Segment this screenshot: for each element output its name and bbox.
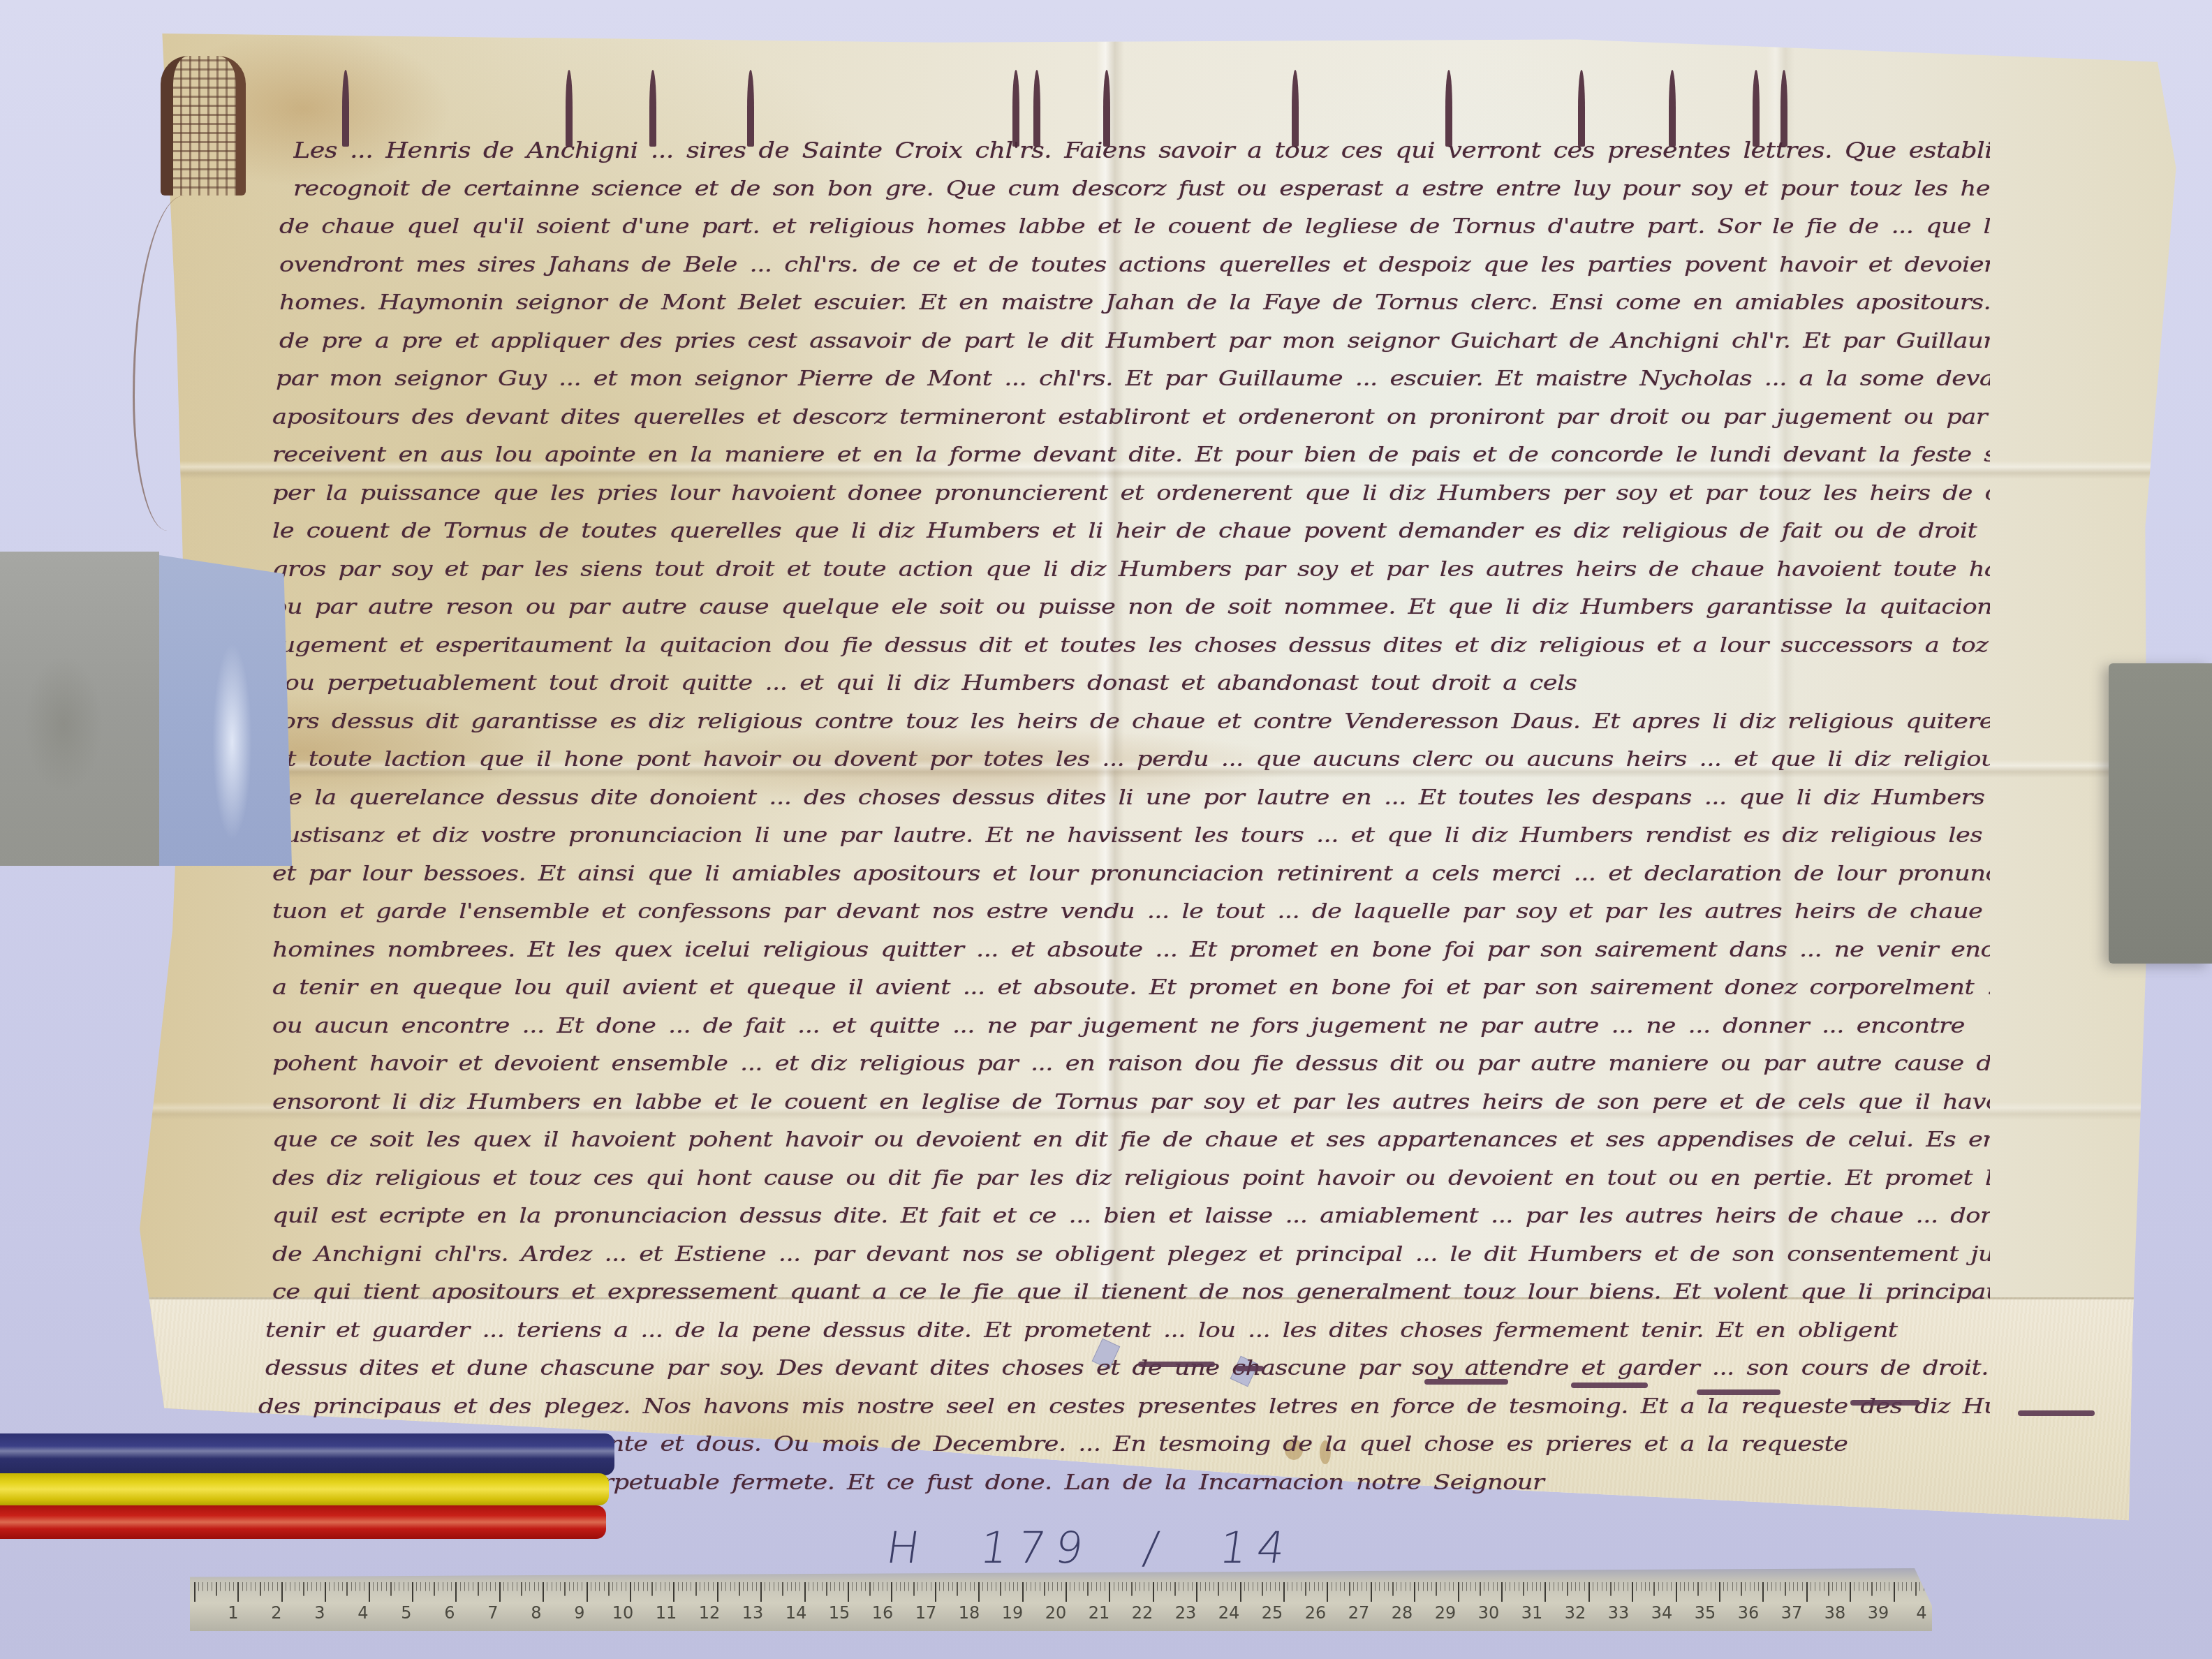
text-line: gros par soy et par les siens tout droit…: [272, 557, 1990, 596]
text-line: a tenir en queque lou quil avient et que…: [272, 975, 1990, 1014]
text-line: par mon seignor Guy ... et mon seignor P…: [276, 367, 1990, 405]
text-line: de pre a pre et appliquer des pries cest…: [279, 329, 1990, 367]
red-pencil: [0, 1505, 606, 1539]
weight-side-face: [159, 555, 292, 866]
text-line: de la querelance dessus dite donoient ..…: [272, 786, 1990, 824]
ruler-label: 13: [742, 1603, 764, 1623]
ruler-label: 4: [1916, 1603, 1926, 1623]
text-line: ou aucun encontre ... Et done ... de fai…: [272, 1014, 1990, 1052]
ruler-label: 2: [271, 1603, 281, 1623]
text-line: pohent havoir et devoient ensemble ... e…: [272, 1052, 1990, 1090]
text-line: ensoront li diz Humbers en labbe et le c…: [272, 1090, 1990, 1128]
shelf-mark-label: H 179 / 14: [883, 1522, 1298, 1573]
text-line: quil est ecripte en la pronunciacion des…: [272, 1204, 1990, 1242]
ruler-label: 30: [1478, 1603, 1500, 1623]
ruler-label: 10: [612, 1603, 634, 1623]
ruler-label: 20: [1045, 1603, 1067, 1623]
ruler-label: 38: [1824, 1603, 1846, 1623]
ruler-label: 4: [357, 1603, 368, 1623]
ruler-label: 26: [1305, 1603, 1327, 1623]
ruler-label: 39: [1868, 1603, 1889, 1623]
ruler-label: 12: [699, 1603, 721, 1623]
ruler-label: 3: [314, 1603, 325, 1623]
text-line: sou perpetuablement tout droit quitte ..…: [272, 671, 1990, 709]
ruler-label: 34: [1651, 1603, 1673, 1623]
text-line: recognoit de certainne science et de son…: [293, 177, 1990, 215]
ruler-label: 8: [531, 1603, 541, 1623]
ruler-label: 16: [872, 1603, 894, 1623]
ruler-label: 5: [401, 1603, 411, 1623]
ruler-label: 29: [1435, 1603, 1457, 1623]
text-line: jugement et esperitaument la quitacion d…: [272, 633, 1990, 672]
ruler-label: 11: [656, 1603, 677, 1623]
ruler-label: 28: [1392, 1603, 1413, 1623]
text-line: de chaue quel qu'il soient d'une part. e…: [279, 214, 1990, 253]
ruler-label: 19: [1002, 1603, 1024, 1623]
text-line: sustisanz et diz vostre pronunciacion li…: [272, 823, 1990, 862]
marble-weight-left: [0, 552, 292, 866]
text-line: receivent en aus lou apointe en la manie…: [272, 443, 1990, 481]
decorated-initial: L: [161, 56, 246, 196]
text-line: et par lour bessoes. Et ainsi que li ami…: [272, 862, 1990, 900]
ruler-label: 18: [959, 1603, 980, 1623]
ruler-ticks: [194, 1582, 1928, 1602]
text-line: ou par autre reson ou par autre cause qu…: [272, 595, 1990, 633]
text-line: homines nombrees. Et les quex icelui rel…: [272, 938, 1990, 976]
text-line: per la puissance que les pries lour havo…: [272, 481, 1990, 519]
ruler-labels: 1 2 3 4 5 6 7 8 9 10 11 12 13 14 15 16 1…: [190, 1603, 1932, 1624]
ruler-label: 14: [786, 1603, 807, 1623]
ruler-label: 31: [1521, 1603, 1543, 1623]
ruler-label: 22: [1132, 1603, 1153, 1623]
ruler-label: 9: [574, 1603, 584, 1623]
line-filler-flourishes: [705, 1313, 2144, 1431]
ruler-label: 1: [228, 1603, 238, 1623]
text-line: et toute laction que il hone pont havoir…: [272, 747, 1990, 786]
centimeter-ruler: 1 2 3 4 5 6 7 8 9 10 11 12 13 14 15 16 1…: [190, 1568, 1932, 1631]
text-line: apositours des devant dites querelles et…: [272, 405, 1990, 443]
ruler-label: 35: [1695, 1603, 1716, 1623]
ruler-label: 33: [1608, 1603, 1630, 1623]
ruler-label: 17: [915, 1603, 937, 1623]
weight-front-face: [0, 552, 159, 866]
blue-pencil: [0, 1433, 614, 1475]
text-line: fors dessus dit garantisse es diz religi…: [272, 709, 1990, 748]
text-line: que ce soit les quex il havoient pohent …: [272, 1128, 1990, 1166]
ruler-label: 37: [1781, 1603, 1803, 1623]
marble-weight-right: [2109, 663, 2212, 964]
text-line: le couent de Tornus de toutes querelles …: [272, 519, 1990, 557]
text-line: des diz religious et touz ces qui hont c…: [272, 1166, 1990, 1204]
ruler-label: 27: [1348, 1603, 1370, 1623]
text-line: ovendront mes sires Jahans de Bele ... c…: [279, 253, 1990, 291]
charter-text: L Les ... Henris de Anchigni ... sires d…: [161, 56, 1990, 1508]
ruler-label: 7: [487, 1603, 498, 1623]
ruler-label: 15: [829, 1603, 850, 1623]
ruler-label: 23: [1175, 1603, 1197, 1623]
pen-flourish: [133, 196, 219, 531]
first-line-ascenders: [300, 56, 1990, 140]
ruler-label: 24: [1218, 1603, 1240, 1623]
text-line: Les ... Henris de Anchigni ... sires de …: [293, 138, 1990, 177]
text-line: de Anchigni chl'rs. Ardez ... et Estiene…: [272, 1242, 1990, 1281]
ruler-label: 25: [1262, 1603, 1283, 1623]
ruler-label: 6: [444, 1603, 455, 1623]
ruler-label: 21: [1089, 1603, 1110, 1623]
text-line: homes. Haymonin seignor de Mont Belet es…: [279, 290, 1990, 329]
ruler-label: 36: [1738, 1603, 1760, 1623]
text-line: tuon et garde l'ensemble et confessons p…: [272, 899, 1990, 938]
yellow-pencil: [0, 1473, 609, 1505]
ruler-label: 32: [1565, 1603, 1586, 1623]
